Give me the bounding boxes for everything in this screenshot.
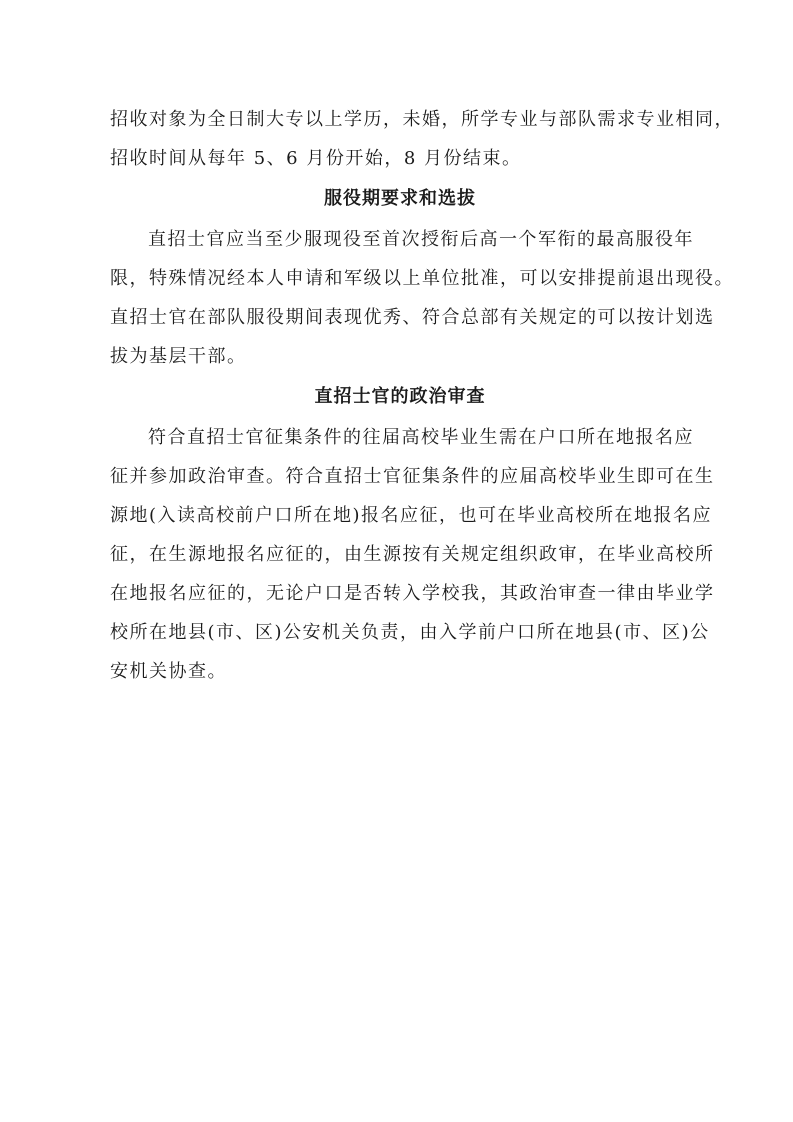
text-line: 安机关协查。 xyxy=(110,652,690,691)
political-review-paragraph: 符合直招士官征集条件的往届高校毕业生需在户口所在地报名应 征并参加政治审查。符合… xyxy=(110,418,690,691)
section-heading-political-review: 直招士官的政治审查 xyxy=(110,376,690,418)
text-line: 拔为基层干部。 xyxy=(110,337,690,376)
text-line: 直招士官在部队服役期间表现优秀、符合总部有关规定的可以按计划选 xyxy=(110,298,690,337)
intro-paragraph: 招收对象为全日制大专以上学历，未婚，所学专业与部队需求专业相同， 招收时间从每年… xyxy=(110,100,690,178)
text-line: 征，在生源地报名应征的，由生源按有关规定组织政审，在毕业高校所 xyxy=(110,535,690,574)
service-period-paragraph: 直招士官应当至少服现役至首次授衔后高一个军衔的最高服役年 限，特殊情况经本人申请… xyxy=(110,220,690,376)
text-line: 直招士官应当至少服现役至首次授衔后高一个军衔的最高服役年 xyxy=(110,220,690,259)
text-line: 符合直招士官征集条件的往届高校毕业生需在户口所在地报名应 xyxy=(110,418,690,457)
text-line: 源地(入读高校前户口所在地)报名应征，也可在毕业高校所在地报名应 xyxy=(110,496,690,535)
text-line: 校所在地县(市、区)公安机关负责，由入学前户口所在地县(市、区)公 xyxy=(110,613,690,652)
text-line: 在地报名应征的，无论户口是否转入学校我，其政治审查一律由毕业学 xyxy=(110,574,690,613)
text-line: 限，特殊情况经本人申请和军级以上单位批准，可以安排提前退出现役。 xyxy=(110,259,690,298)
section-heading-service-period: 服役期要求和选拔 xyxy=(110,178,690,220)
document-page: 招收对象为全日制大专以上学历，未婚，所学专业与部队需求专业相同， 招收时间从每年… xyxy=(110,100,690,691)
text-line: 征并参加政治审查。符合直招士官征集条件的应届高校毕业生即可在生 xyxy=(110,457,690,496)
text-line: 招收对象为全日制大专以上学历，未婚，所学专业与部队需求专业相同， xyxy=(110,100,690,139)
text-line: 招收时间从每年 5、6 月份开始，8 月份结束。 xyxy=(110,139,690,178)
